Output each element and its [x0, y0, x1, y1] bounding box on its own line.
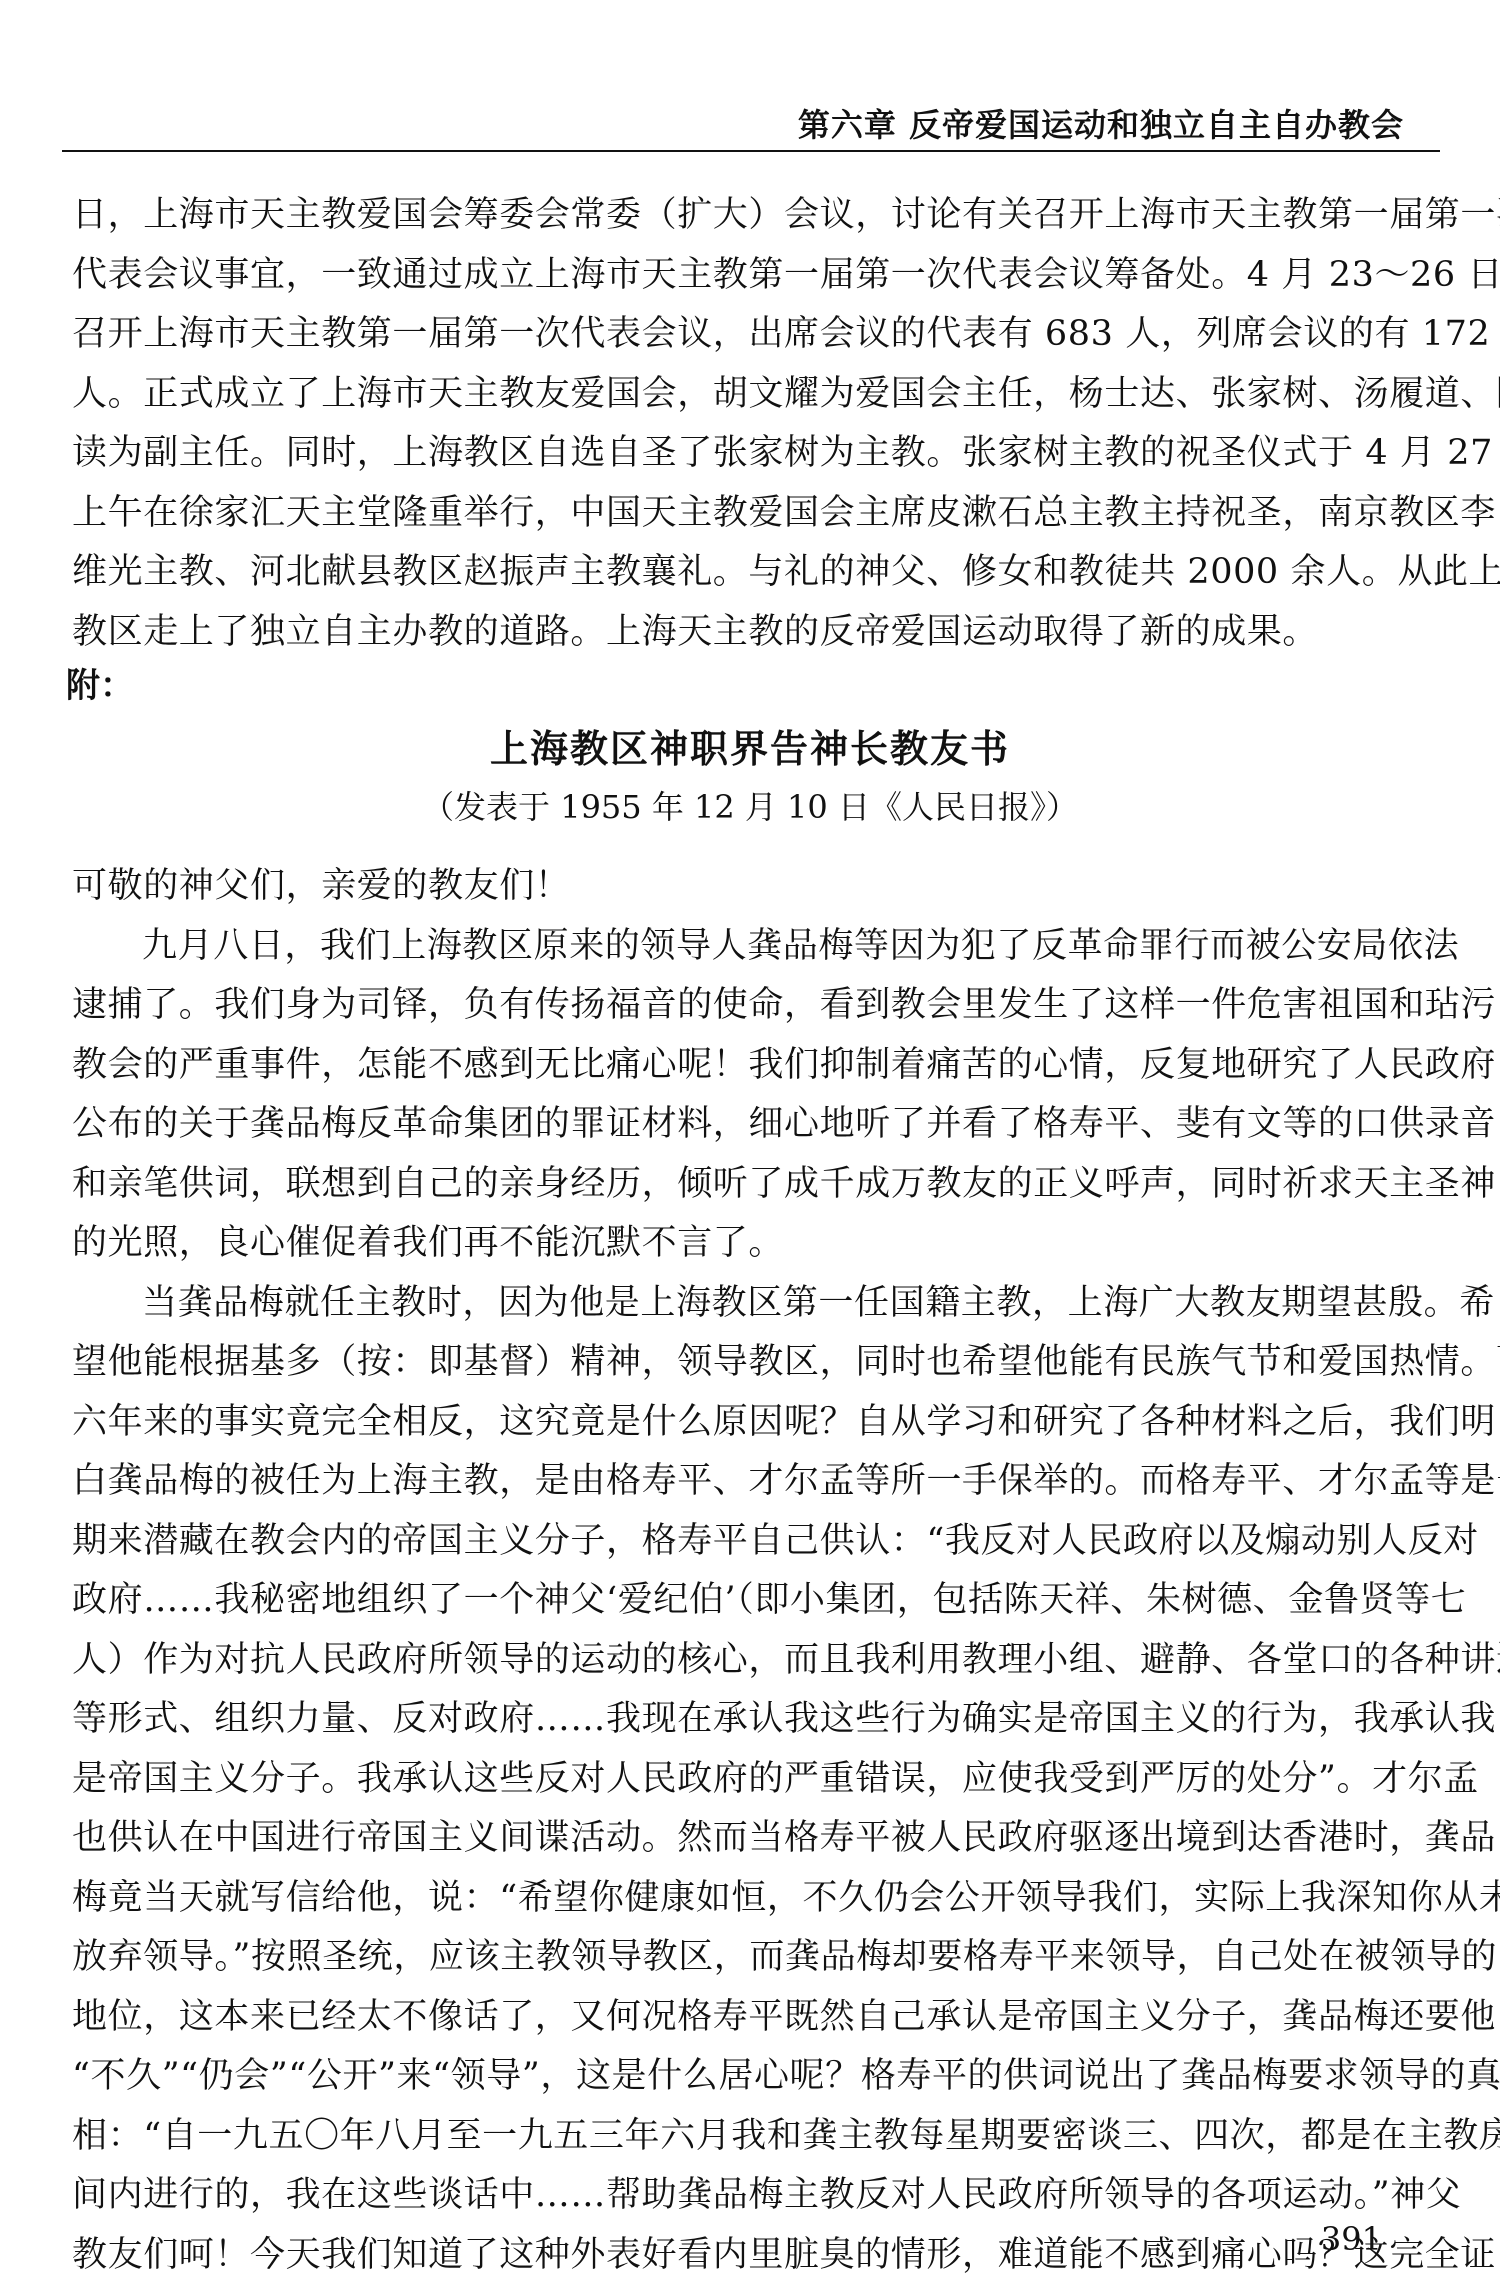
salutation: 可敬的神父们，亲爱的教友们！ — [72, 857, 1442, 917]
text-line: 日，上海市天主教爱国会筹委会常委（扩大）会议，讨论有关召开上海市天主教第一届第一… — [72, 186, 1442, 246]
text-line: 梅竟当天就写信给他，说：“希望你健康如恒，不久仍会公开领导我们，实际上我深知你从… — [72, 1869, 1442, 1929]
intro-paragraph: 日，上海市天主教爱国会筹委会常委（扩大）会议，讨论有关召开上海市天主教第一届第一… — [72, 186, 1442, 662]
text-line: 教友们呵！今天我们知道了这种外表好看内里脏臭的情形，难道能不感到痛心吗？这完全证 — [72, 2226, 1442, 2286]
text-line: 教会的严重事件，怎能不感到无比痛心呢！我们抑制着痛苦的心情，反复地研究了人民政府 — [72, 1036, 1442, 1096]
book-page: 第六章 反帝爱国运动和独立自主自办教会 日，上海市天主教爱国会筹委会常委（扩大）… — [0, 0, 1500, 2293]
text-line: 当龚品梅就任主教时，因为他是上海教区第一任国籍主教，上海广大教友期望甚殷。希 — [72, 1274, 1442, 1334]
text-line: 九月八日，我们上海教区原来的领导人龚品梅等因为犯了反革命罪行而被公安局依法 — [72, 917, 1442, 977]
page-number: 391 — [1321, 2220, 1382, 2258]
text-line: 也供认在中国进行帝国主义间谍活动。然而当格寿平被人民政府驱逐出境到达香港时，龚品 — [72, 1809, 1442, 1869]
text-line: 公布的关于龚品梅反革命集团的罪证材料，细心地听了并看了格寿平、斐有文等的口供录音 — [72, 1095, 1442, 1155]
letter-body: 可敬的神父们，亲爱的教友们！ 九月八日，我们上海教区原来的领导人龚品梅等因为犯了… — [72, 857, 1442, 2285]
header-rule-divider — [62, 150, 1440, 152]
running-header-chapter-title: 第六章 反帝爱国运动和独立自主自办教会 — [798, 100, 1404, 146]
appendix-label: 附： — [66, 658, 134, 707]
text-line: 是帝国主义分子。我承认这些反对人民政府的严重错误，应使我受到严厉的处分”。才尔孟 — [72, 1750, 1442, 1810]
text-line: 政府……我秘密地组织了一个神父‘爱纪伯’（即小集团，包括陈天祥、朱树德、金鲁贤等… — [72, 1571, 1442, 1631]
text-line: 的光照，良心催促着我们再不能沉默不言了。 — [72, 1214, 1442, 1274]
text-line: “不久”“仍会”“公开”来“领导”，这是什么居心呢？格寿平的供词说出了龚品梅要求… — [72, 2047, 1442, 2107]
letter-paragraph-2: 当龚品梅就任主教时，因为他是上海教区第一任国籍主教，上海广大教友期望甚殷。希 望… — [72, 1274, 1442, 2286]
text-line: 上午在徐家汇天主堂隆重举行，中国天主教爱国会主席皮漱石总主教主持祝圣，南京教区李 — [72, 484, 1442, 544]
text-line: 逮捕了。我们身为司铎，负有传扬福音的使命，看到教会里发生了这样一件危害祖国和玷污 — [72, 976, 1442, 1036]
text-line: 等形式、组织力量、反对政府……我现在承认我这些行为确实是帝国主义的行为，我承认我 — [72, 1690, 1442, 1750]
text-line: 教区走上了独立自主办教的道路。上海天主教的反帝爱国运动取得了新的成果。 — [72, 603, 1442, 663]
text-line: 人）作为对抗人民政府所领导的运动的核心，而且我利用教理小组、避静、各堂口的各种讲… — [72, 1631, 1442, 1691]
text-line: 代表会议事宜，一致通过成立上海市天主教第一届第一次代表会议筹备处。4 月 23～… — [72, 246, 1442, 306]
text-line: 六年来的事实竟完全相反，这究竟是什么原因呢？自从学习和研究了各种材料之后，我们明 — [72, 1393, 1442, 1453]
document-subtitle: （发表于 1955 年 12 月 10 日《人民日报》） — [0, 782, 1500, 828]
text-line: 间内进行的，我在这些谈话中……帮助龚品梅主教反对人民政府所领导的各项运动。”神父 — [72, 2166, 1442, 2226]
text-line: 白龚品梅的被任为上海主教，是由格寿平、才尔孟等所一手保举的。而格寿平、才尔孟等是… — [72, 1452, 1442, 1512]
text-line: 相：“自一九五〇年八月至一九五三年六月我和龚主教每星期要密谈三、四次，都是在主教… — [72, 2107, 1442, 2167]
text-line: 和亲笔供词，联想到自己的亲身经历，倾听了成千成万教友的正义呼声，同时祈求天主圣神 — [72, 1155, 1442, 1215]
text-line: 放弃领导。”按照圣统，应该主教领导教区，而龚品梅却要格寿平来领导，自己处在被领导… — [72, 1928, 1442, 1988]
text-line: 期来潜藏在教会内的帝国主义分子，格寿平自己供认：“我反对人民政府以及煽动别人反对 — [72, 1512, 1442, 1572]
text-line: 人。正式成立了上海市天主教友爱国会，胡文耀为爱国会主任，杨士达、张家树、汤履道、… — [72, 365, 1442, 425]
text-line: 读为副主任。同时，上海教区自选自圣了张家树为主教。张家树主教的祝圣仪式于 4 月… — [72, 424, 1442, 484]
text-line: 望他能根据基多（按：即基督）精神，领导教区，同时也希望他能有民族气节和爱国热情。… — [72, 1333, 1442, 1393]
text-line: 维光主教、河北献县教区赵振声主教襄礼。与礼的神父、修女和教徒共 2000 余人。… — [72, 543, 1442, 603]
document-title: 上海教区神职界告神长教友书 — [0, 718, 1500, 773]
letter-paragraph-1: 九月八日，我们上海教区原来的领导人龚品梅等因为犯了反革命罪行而被公安局依法 逮捕… — [72, 917, 1442, 1274]
text-line: 召开上海市天主教第一届第一次代表会议，出席会议的代表有 683 人，列席会议的有… — [72, 305, 1442, 365]
text-line: 地位，这本来已经太不像话了，又何况格寿平既然自己承认是帝国主义分子，龚品梅还要他 — [72, 1988, 1442, 2048]
